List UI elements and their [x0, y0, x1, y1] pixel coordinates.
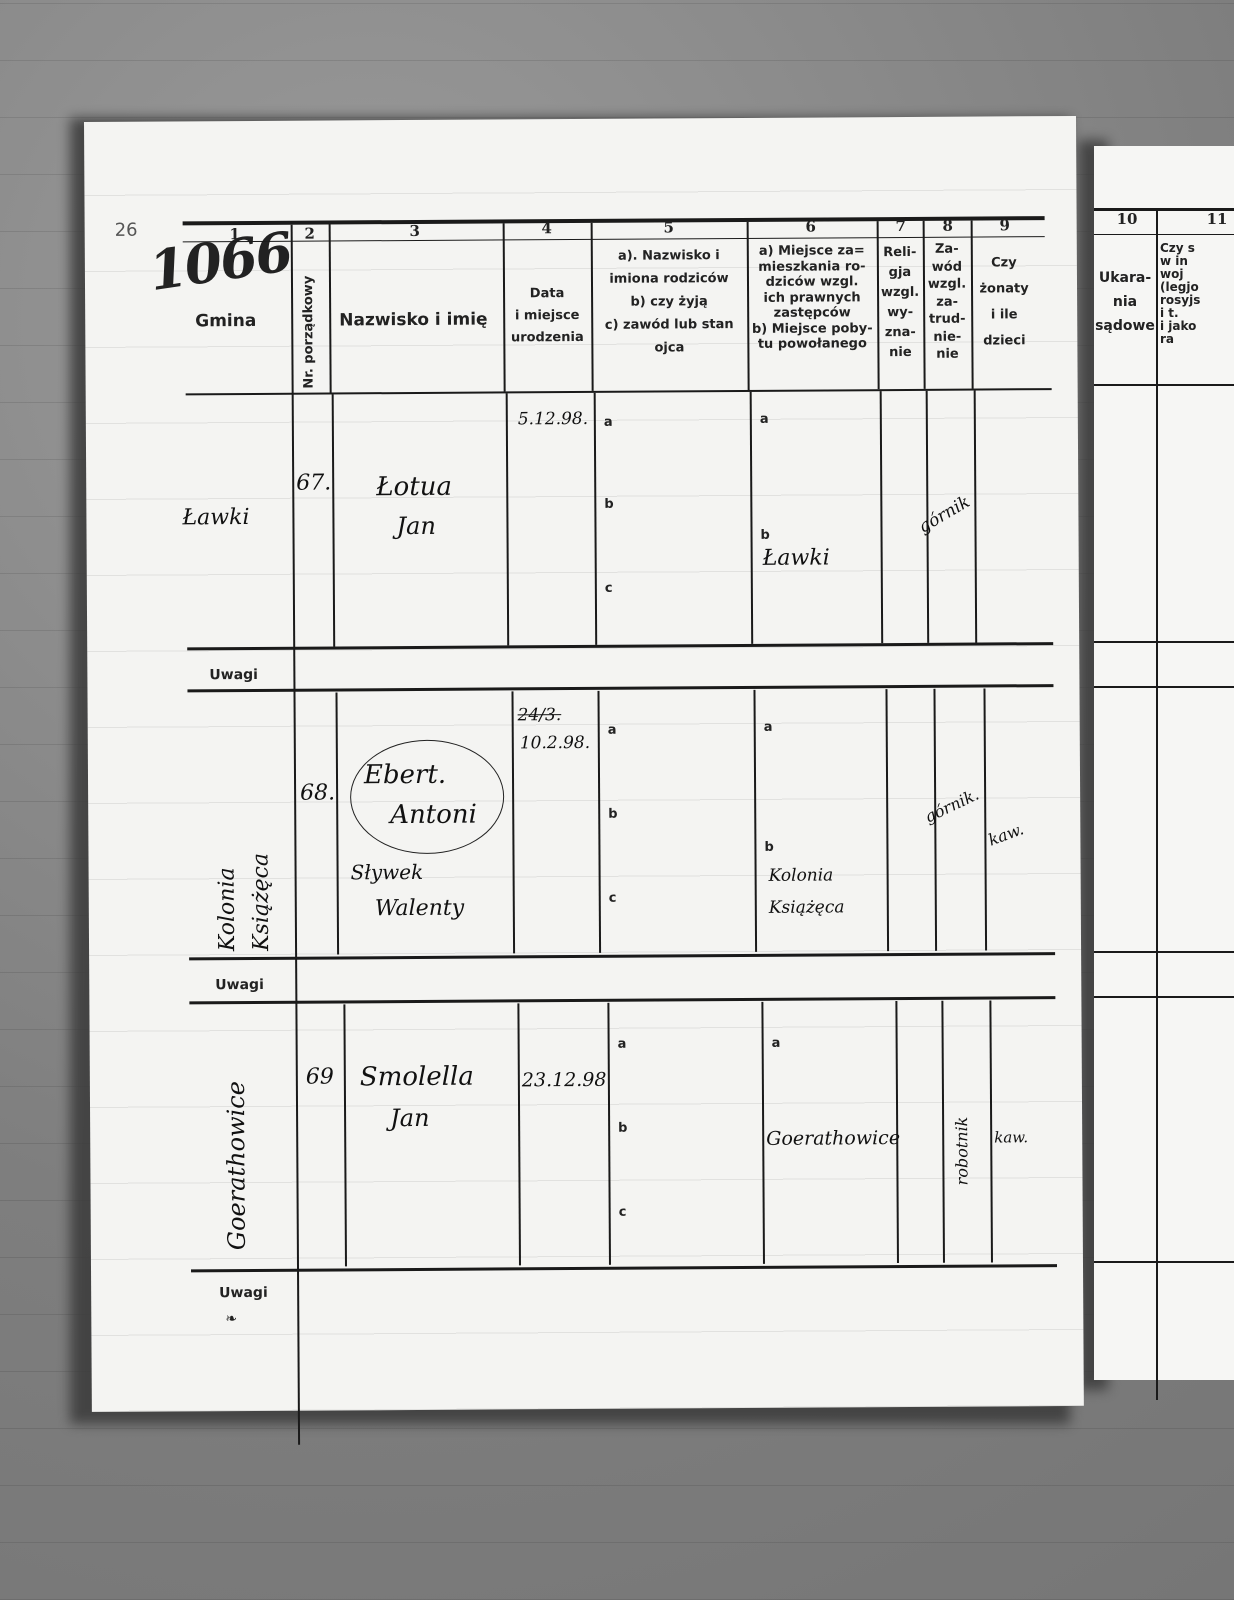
header-ukarania: Ukara- nia sądowe: [1094, 266, 1156, 338]
birth-date-value: 23.12.98: [522, 1069, 607, 1092]
crossed-name-circle: [350, 739, 505, 854]
nr-value: 67.: [296, 470, 331, 495]
married-value: kaw.: [986, 819, 1026, 849]
residence-b-value: Ławki: [763, 545, 830, 570]
header-zawod: Za- wód wzgl. za- trud- nie- nie: [923, 241, 972, 364]
occupation-value: robotnik: [952, 1117, 971, 1186]
birth-note: 24/3.: [518, 705, 562, 725]
gmina-value: Ławki: [182, 505, 249, 530]
header-data-urodzenia: Data i miejsce urodzenia: [503, 283, 591, 350]
crossed-surname: Ebert.: [364, 760, 446, 791]
pencil-page-number: 26: [115, 220, 138, 241]
header-gmina: Gmina: [195, 311, 256, 331]
header-nazwisko-imie: Nazwisko i imię: [339, 310, 487, 331]
column-number-10: 10: [1102, 210, 1152, 228]
adjacent-page: 10 11 Ukara- nia sądowe Czy s w in woj (…: [1094, 146, 1234, 1380]
column-number-3: 3: [395, 222, 435, 240]
crossed-first-name: Antoni: [390, 800, 477, 831]
birth-date-value: 5.12.98.: [518, 409, 588, 429]
header-rodzice: a). Nazwisko i imiona rodziców b) czy ży…: [591, 244, 748, 360]
occupation-value: górnik: [915, 492, 973, 538]
register-sheet: 26 1066 1 2 3 4 5 6 7 8 9 Gmina Nr. porz…: [84, 116, 1084, 1412]
remarks-label-2: Uwagi: [215, 977, 264, 993]
remarks-label-1: Uwagi: [209, 667, 258, 683]
first-name-value: Walenty: [375, 896, 464, 922]
first-name-value: Jan: [396, 512, 436, 540]
header-miejsce-zamieszkania: a) Miejsce za= mieszkania ro- dziców wzg…: [747, 243, 878, 352]
column-number-8: 8: [925, 217, 971, 235]
residence-b-value: Kolonia Książęca: [769, 859, 879, 924]
married-value: kaw.: [994, 1128, 1028, 1146]
remarks-label-3: Uwagi: [219, 1285, 268, 1301]
header-zonaty: Czy żonaty i ile dzieci: [971, 250, 1038, 354]
column-number-7: 7: [879, 217, 923, 235]
header-nr-porzadkowy: Nr. porządkowy: [301, 249, 317, 389]
surname-value: Smolella: [360, 1062, 474, 1093]
residence-b-value: Goerathowice: [766, 1127, 900, 1150]
gmina-value: Kolonia Książęca: [210, 781, 279, 951]
nr-value: 69: [306, 1064, 334, 1089]
column-number-5: 5: [649, 218, 689, 236]
nr-value: 68.: [300, 780, 335, 805]
first-name-value: Jan: [390, 1104, 430, 1132]
surname-value: Łotua: [376, 472, 452, 502]
header-religia: Reli- gja wzgl. wy- zna- nie: [877, 243, 924, 363]
column-number-4: 4: [527, 219, 567, 237]
header-military-service: Czy s w in woj (legjo rosyjs i t. i jako…: [1160, 242, 1234, 346]
birth-date-value: 10.2.98.: [520, 733, 590, 753]
column-number-1: 1: [215, 225, 255, 243]
column-number-9: 9: [975, 216, 1035, 234]
column-number-2: 2: [291, 225, 329, 243]
column-number-6: 6: [791, 217, 831, 235]
remarks-mark: ❧: [225, 1311, 237, 1327]
surname-value: Sływek: [351, 860, 424, 884]
occupation-value: górnik.: [922, 785, 982, 827]
column-number-11: 11: [1192, 210, 1234, 228]
gmina-value: Goerathowice: [222, 1081, 251, 1250]
